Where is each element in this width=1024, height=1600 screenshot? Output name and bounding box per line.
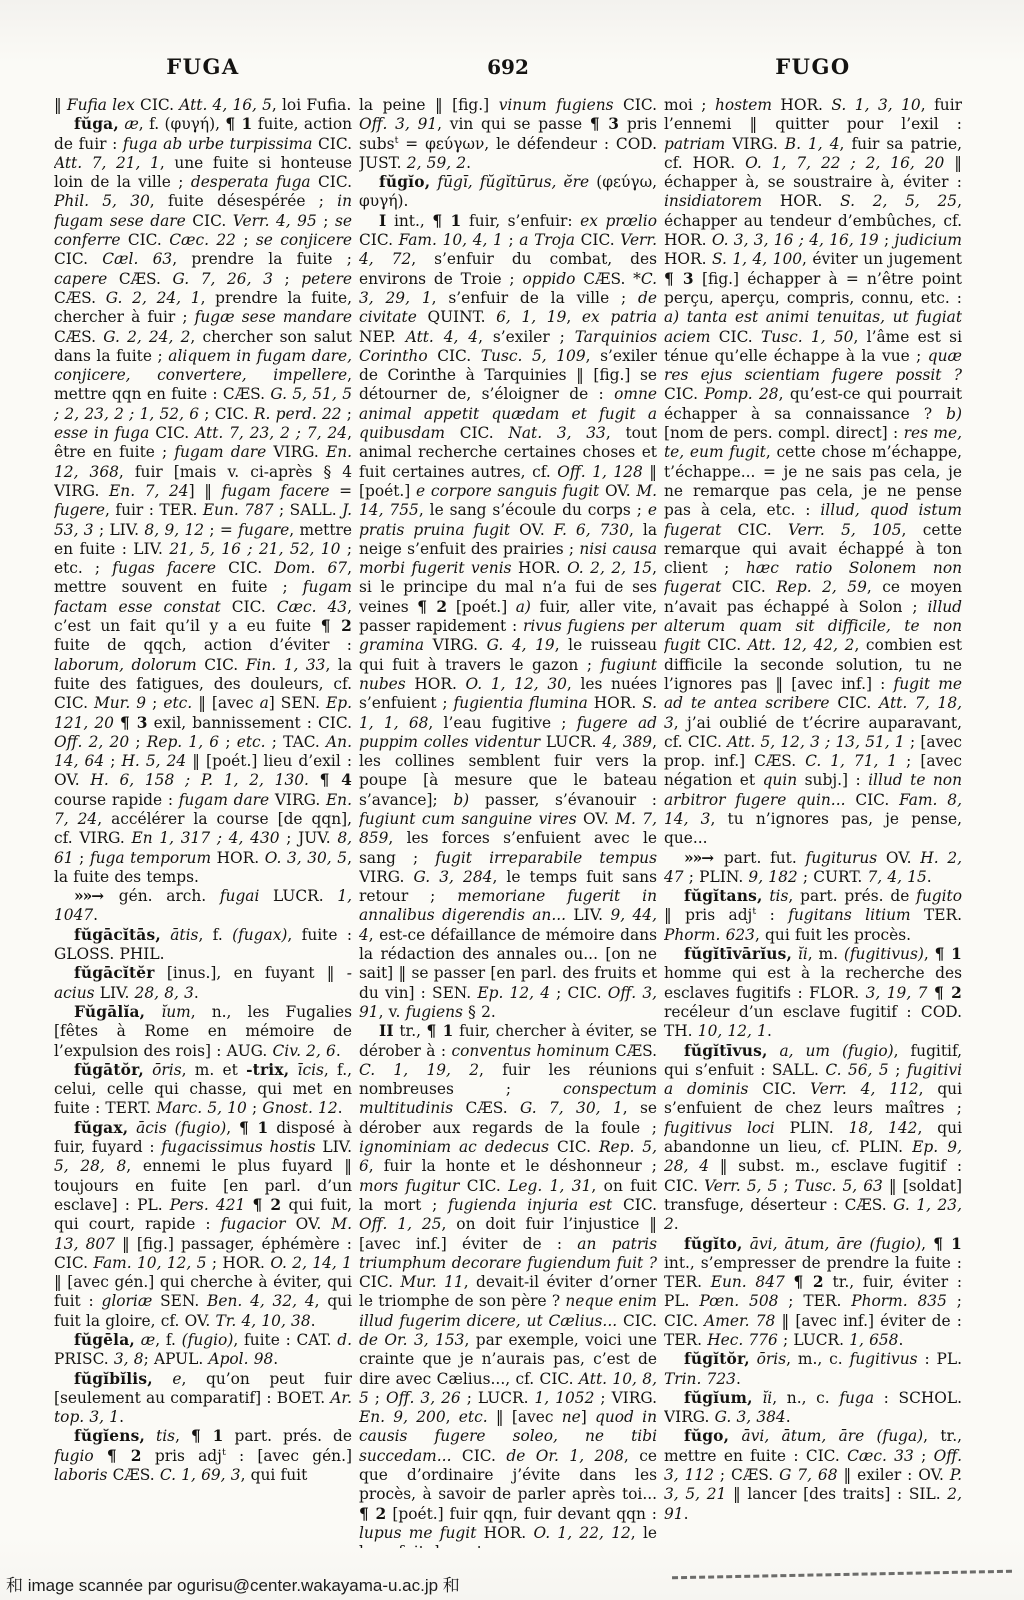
entry-paragraph-fugito: fŭgĭto, āvi, ātum, āre (fugio), ¶ 1 int.…: [664, 1235, 962, 1351]
column-2: la peine ‖ [fig.] vinum fugiens CIC. Off…: [359, 96, 657, 1548]
text-columns: ‖ Fufia lex CIC. Att. 4, 16, 5, loi Fufi…: [54, 96, 962, 1548]
guide-word-left: FUGA: [54, 54, 352, 79]
entry-paragraph-fugax: fŭgax, ācis (fugio), ¶ 1 disposé à fuir,…: [54, 1119, 352, 1331]
column-3: moi ; hostem HOR. S. 1, 3, 10, fuir l’en…: [664, 96, 962, 1548]
entry-paragraph-fugitans: fŭgĭtans, tis, part. prés. de fugito ‖ p…: [664, 887, 962, 945]
entry-paragraph-fugibilis: fŭgĭbĭlis, e, qu’on peut fuir [seulement…: [54, 1370, 352, 1428]
note-paragraph-fuga: »»→ gén. arch. fugai LUCR. 1, 1047.: [54, 887, 352, 926]
entry-paragraph-fugitivarius: fŭgĭtīvārĭus, ĭi, m. (fugitivus), ¶ 1 ho…: [664, 945, 962, 1041]
entry-paragraph-fugela: fŭgēla, æ, f. (fugio), fuite : CAT. d. P…: [54, 1331, 352, 1370]
column-1: ‖ Fufia lex CIC. Att. 4, 16, 5, loi Fufi…: [54, 96, 352, 1548]
scan-artifact-dashed-line: [672, 1570, 1012, 1580]
entry-paragraph-fuga: fŭga, æ, f. (φυγή), ¶ 1 fuite, action de…: [54, 115, 352, 887]
continuation-paragraph: moi ; hostem HOR. S. 1, 3, 10, fuir l’en…: [664, 96, 962, 849]
derivation-arrow-icon: »»→: [684, 849, 715, 867]
entry-paragraph-fugitor: fŭgĭtŏr, ōris, m., c. fugitivus : PL. Tr…: [664, 1350, 962, 1389]
entry-paragraph-fugiens: fŭgĭens, tis, ¶ 1 part. prés. de fugio ¶…: [54, 1427, 352, 1485]
entry-paragraph-fugo: fŭgo, āvi, ātum, āre (fuga), tr., mettre…: [664, 1427, 962, 1523]
fugio-transitive-section: II tr., ¶ 1 fuir, chercher à éviter, se …: [359, 1022, 657, 1548]
derivation-arrow-icon: »»→: [74, 887, 105, 905]
entry-paragraph-fugium: fŭgĭum, ĭi, n., c. fuga : SCHOL. VIRG. G…: [664, 1389, 962, 1428]
continuation-paragraph: la peine ‖ [fig.] vinum fugiens CIC. Off…: [359, 96, 657, 173]
page-number: 692: [359, 55, 657, 79]
entry-paragraph-fugator: fŭgātŏr, ōris, m. et -trix, īcis, f., ce…: [54, 1061, 352, 1119]
entry-paragraph-fugacitas: fŭgācĭtās, ātis, f. (fugax), fuite : GLO…: [54, 926, 352, 965]
scan-caption: 和 image scannée par ogurisu@center.wakay…: [6, 1571, 460, 1596]
note-paragraph-fugio: »»→ part. fut. fugiturus OV. H. 2, 47 ; …: [664, 849, 962, 888]
fugio-intransitive-section: I int., ¶ 1 fuir, s’enfuir: ex prœlio CI…: [359, 212, 657, 1022]
entry-paragraph-fugaciter: fŭgācĭtĕr [inus.], en fuyant ‖ -acius LI…: [54, 964, 352, 1003]
running-head: FUGA 692 FUGO: [54, 54, 962, 79]
entry-paragraph-fugio: fŭgĭo, fūgī, fŭgĭtūrus, ĕre (φεύγω, φυγή…: [359, 173, 657, 212]
continuation-paragraph: ‖ Fufia lex CIC. Att. 4, 16, 5, loi Fufi…: [54, 96, 352, 115]
entry-paragraph-fugalia: Fŭgālĭa, ĭum, n., les Fugalies [fêtes à …: [54, 1003, 352, 1061]
scanned-dictionary-page: FUGA 692 FUGO ‖ Fufia lex CIC. Att. 4, 1…: [0, 0, 1024, 1600]
entry-paragraph-fugitivus: fŭgĭtīvus, a, um (fugio), fugitif, qui s…: [664, 1042, 962, 1235]
guide-word-right: FUGO: [664, 54, 962, 79]
